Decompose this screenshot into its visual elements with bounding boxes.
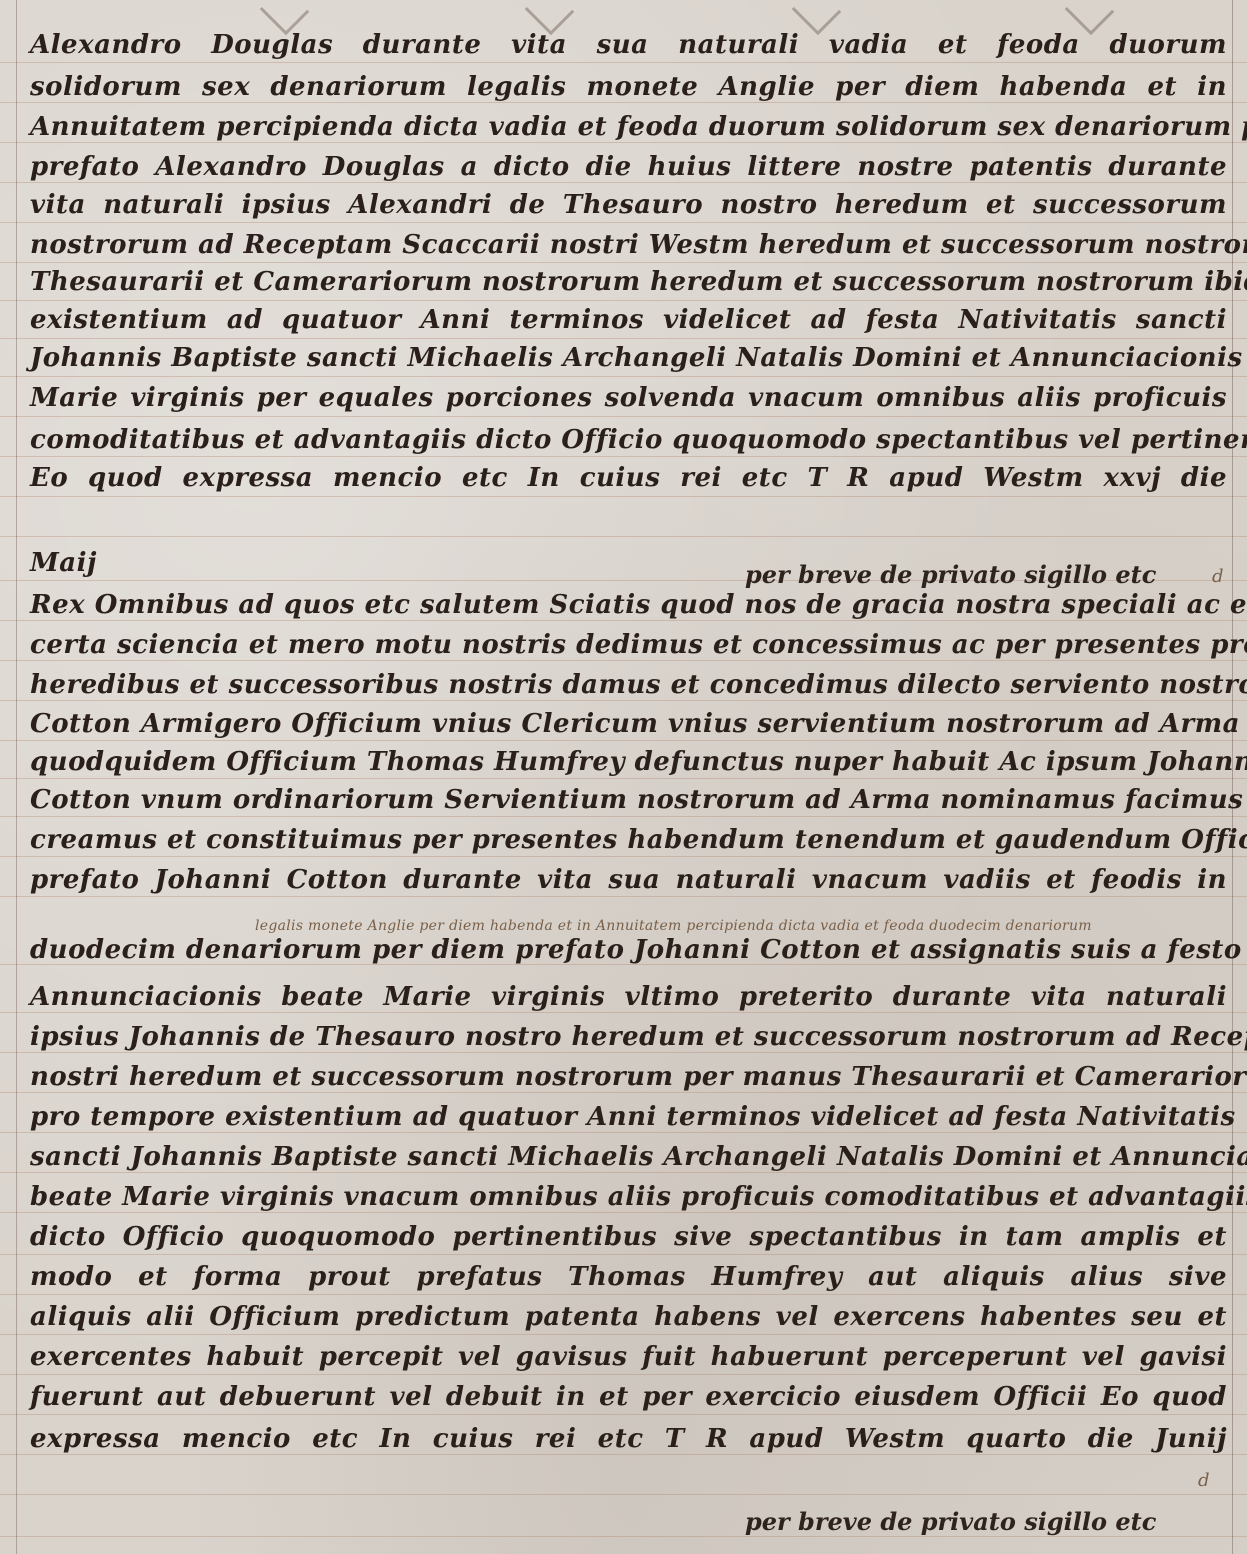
text-line: Cotton vnum ordinariorum Servientium nos… — [30, 785, 1227, 815]
text-line: certa sciencia et mero motu nostris dedi… — [30, 630, 1227, 660]
text-line: creamus et constituimus per presentes ha… — [30, 825, 1227, 855]
text-line: quodquidem Officium Thomas Humfrey defun… — [30, 747, 1227, 777]
text-line: heredibus et successoribus nostris damus… — [30, 670, 1227, 700]
text-line: prefato Johanni Cotton durante vita sua … — [30, 865, 1227, 895]
warrant-note: per breve de privato sigillo etc — [745, 560, 1156, 589]
text-line: Cotton Armigero Officium vnius Clericum … — [30, 709, 1227, 739]
text-line: exercentes habuit percepit vel gavisus f… — [30, 1342, 1227, 1372]
text-line: prefato Alexandro Douglas a dicto die hu… — [30, 152, 1227, 182]
text-line: nostrorum ad Receptam Scaccarii nostri W… — [30, 230, 1227, 260]
text-line: Thesaurarii et Camerariorum nostrorum he… — [30, 267, 1227, 297]
text-line: nostri heredum et successorum nostrorum … — [30, 1062, 1227, 1092]
text-line: existentium ad quatuor Anni terminos vid… — [30, 305, 1227, 335]
text-line: solidorum sex denariorum legalis monete … — [30, 72, 1227, 102]
text-line: sancti Johannis Baptiste sancti Michaeli… — [30, 1142, 1227, 1172]
interlinear-gloss: legalis monete Anglie per diem habenda e… — [255, 918, 1092, 934]
text-line: Annuitatem percipienda dicta vadia et fe… — [30, 112, 1227, 142]
warrant-note: per breve de privato sigillo etc — [745, 1507, 1156, 1536]
text-line: aliquis alii Officium predictum patenta … — [30, 1302, 1227, 1332]
text-line: beate Marie virginis vnacum omnibus alii… — [30, 1182, 1227, 1212]
text-line: vita naturali ipsius Alexandri de Thesau… — [30, 190, 1227, 220]
text-line: modo et forma prout prefatus Thomas Humf… — [30, 1262, 1227, 1292]
text-line: dicto Officio quoquomodo pertinentibus s… — [30, 1222, 1227, 1252]
text-line: comoditatibus et advantagiis dicto Offic… — [30, 425, 1227, 455]
left-margin-rule — [16, 0, 17, 1554]
text-line: Rex Omnibus ad quos etc salutem Sciatis … — [30, 590, 1227, 620]
text-line: Annunciacionis beate Marie virginis vlti… — [30, 982, 1227, 1012]
margin-mark: d — [1198, 1470, 1210, 1491]
text-line: fuerunt aut debuerunt vel debuit in et p… — [30, 1382, 1227, 1412]
text-line: Eo quod expressa mencio etc In cuius rei… — [30, 463, 1227, 493]
margin-mark: d — [1212, 566, 1224, 587]
text-line: ipsius Johannis de Thesauro nostro hered… — [30, 1022, 1227, 1052]
text-line: Alexandro Douglas durante vita sua natur… — [30, 30, 1227, 60]
text-line: Johannis Baptiste sancti Michaelis Archa… — [30, 343, 1227, 373]
text-line: Marie virginis per equales porciones sol… — [30, 383, 1227, 413]
text-line: duodecim denariorum per diem prefato Joh… — [30, 935, 1227, 965]
text-line: pro tempore existentium ad quatuor Anni … — [30, 1102, 1227, 1132]
text-line: expressa mencio etc In cuius rei etc T R… — [30, 1424, 1227, 1454]
